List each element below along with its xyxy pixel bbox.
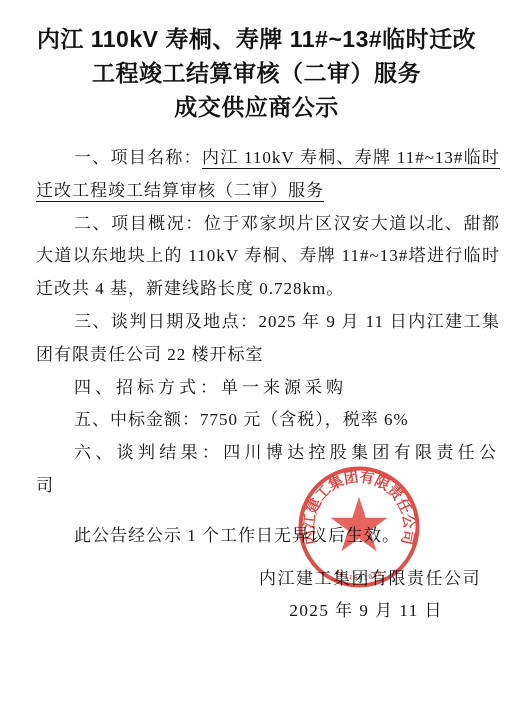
item-5-award-amount: 五、中标金额：7750 元（含税），税率 6% — [36, 404, 500, 437]
item-1-project-name: 一、项目名称：内江 110kV 寿桐、寿牌 11#~13#临时迁改工程竣工结算审… — [36, 142, 500, 208]
signature-date: 2025 年 9 月 11 日 — [0, 595, 513, 628]
signature-company: 内江建工集团有限责任公司 — [0, 563, 513, 596]
item-1-project-name-segment: 一、项目名称： — [74, 148, 202, 167]
announcement-document: 内江 110kV 寿桐、寿牌 11#~13#临时迁改工程竣工结算审核（二审）服务… — [0, 0, 513, 721]
item-4-bidding-method-segment: 四、招标方式：单一来源采购 — [74, 378, 347, 397]
item-6-negotiation-result-segment: 六、谈判结果：四川博达控股集团有限责任公司 — [36, 443, 500, 495]
document-title: 内江 110kV 寿桐、寿牌 11#~13#临时迁改工程竣工结算审核（二审）服务… — [28, 22, 485, 124]
document-body: 一、项目名称：内江 110kV 寿桐、寿牌 11#~13#临时迁改工程竣工结算审… — [36, 142, 500, 553]
item-3-negotiation-date-venue-segment: 三、谈判日期及地点：2025 年 9 月 11 日内江建工集团有限责任公司 22… — [36, 312, 500, 364]
item-2-project-overview-segment: 二、项目概况：位于邓家坝片区汉安大道以北、甜都大道以东地块上的 110kV 寿桐… — [36, 214, 500, 299]
title-project-name: 内江 110kV 寿桐、寿牌 11#~13#临时迁改工程竣工结算审核（二审）服务 — [28, 22, 485, 90]
item-3-negotiation-date-venue: 三、谈判日期及地点：2025 年 9 月 11 日内江建工集团有限责任公司 22… — [36, 306, 500, 372]
closing-note: 此公告经公示 1 个工作日无异议后生效。 — [36, 520, 500, 553]
item-6-negotiation-result: 六、谈判结果：四川博达控股集团有限责任公司 — [36, 437, 500, 503]
item-4-bidding-method: 四、招标方式：单一来源采购 — [36, 372, 500, 405]
closing-note-segment: 此公告经公示 1 个工作日无异议后生效。 — [74, 526, 400, 545]
title-announcement-type: 成交供应商公示 — [28, 90, 485, 124]
signature-block: 内江建工集团有限责任公司 2025 年 9 月 11 日 — [0, 563, 513, 629]
item-2-project-overview: 二、项目概况：位于邓家坝片区汉安大道以北、甜都大道以东地块上的 110kV 寿桐… — [36, 208, 500, 306]
item-5-award-amount-segment: 五、中标金额：7750 元（含税），税率 6% — [74, 410, 409, 429]
